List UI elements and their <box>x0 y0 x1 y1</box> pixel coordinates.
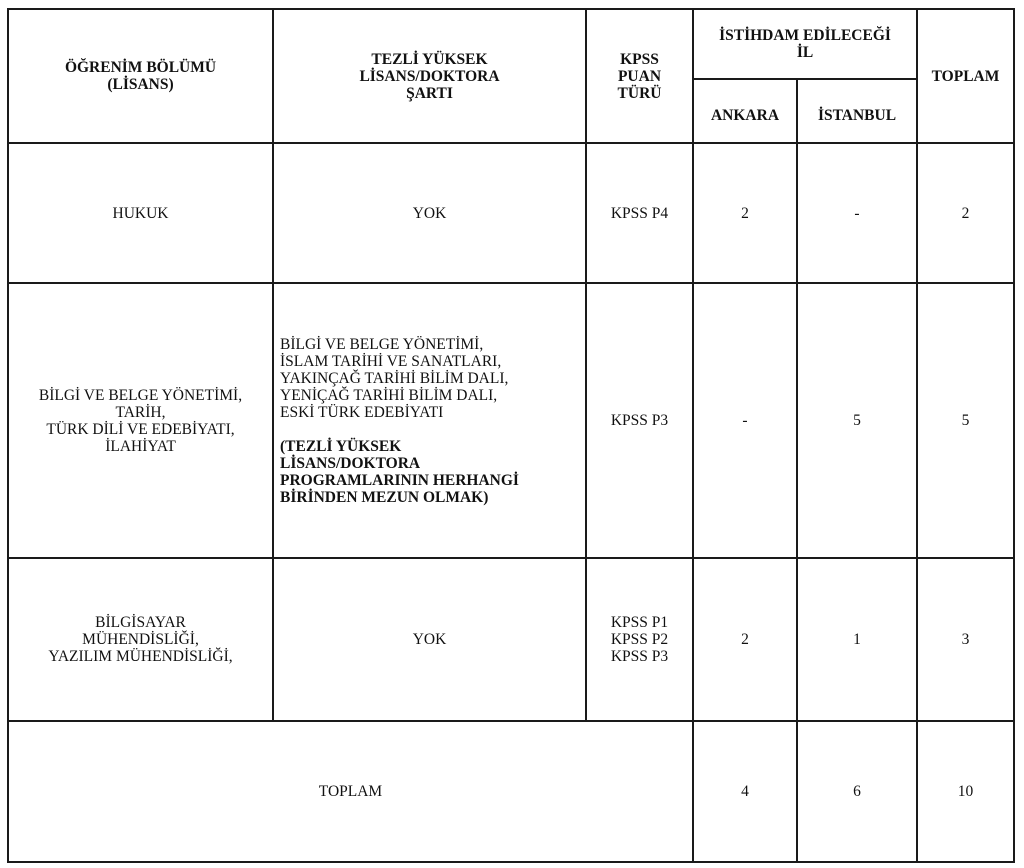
text-line: KPSS P3 <box>591 412 688 429</box>
text-line: BİLGİ VE BELGE YÖNETİMİ, <box>280 336 581 353</box>
text-line: PUAN <box>591 68 688 85</box>
cell-istanbul: - <box>797 143 917 283</box>
text-line: TÜRK DİLİ VE EDEBİYATI, <box>13 421 268 438</box>
text-line: KPSS <box>591 51 688 68</box>
text-line: İLAHİYAT <box>13 438 268 455</box>
header-department: ÖĞRENİM BÖLÜMÜ(LİSANS) <box>8 9 273 143</box>
text-line: LİSANS/DOKTORA <box>280 455 581 472</box>
cell-department: BİLGİSAYARMÜHENDİSLİĞİ,YAZILIM MÜHENDİSL… <box>8 558 273 721</box>
table-row: BİLGİSAYARMÜHENDİSLİĞİ,YAZILIM MÜHENDİSL… <box>8 558 1014 721</box>
table-row: BİLGİ VE BELGE YÖNETİMİ,TARİH,TÜRK DİLİ … <box>8 283 1014 558</box>
text-line: İL <box>698 44 912 61</box>
totals-label: TOPLAM <box>8 721 693 862</box>
totals-total: 10 <box>917 721 1014 862</box>
text-line: KPSS P1 <box>591 614 688 631</box>
text-line: MÜHENDİSLİĞİ, <box>13 631 268 648</box>
text-line: (TEZLİ YÜKSEK <box>280 438 581 455</box>
cell-kpss: KPSS P1KPSS P2KPSS P3 <box>586 558 693 721</box>
text-line: TEZLİ YÜKSEK <box>278 51 581 68</box>
cell-ankara: 2 <box>693 143 797 283</box>
text-line: İSLAM TARİHİ VE SANATLARI, <box>280 353 581 370</box>
text-line: BİLGİSAYAR <box>13 614 268 631</box>
cell-ankara: 2 <box>693 558 797 721</box>
cell-kpss: KPSS P3 <box>586 283 693 558</box>
cell-kpss: KPSS P4 <box>586 143 693 283</box>
text-line: BİLGİ VE BELGE YÖNETİMİ, <box>13 387 268 404</box>
header-total: TOPLAM <box>917 9 1014 143</box>
totals-ankara: 4 <box>693 721 797 862</box>
cell-department: HUKUK <box>8 143 273 283</box>
text-line: KPSS P3 <box>591 648 688 665</box>
text-line: ŞARTI <box>278 85 581 102</box>
requirement-note: (TEZLİ YÜKSEKLİSANS/DOKTORAPROGRAMLARINI… <box>280 438 581 506</box>
cell-total: 3 <box>917 558 1014 721</box>
text-line: YAZILIM MÜHENDİSLİĞİ, <box>13 648 268 665</box>
header-ankara: ANKARA <box>693 79 797 143</box>
cell-total: 5 <box>917 283 1014 558</box>
text-line: PROGRAMLARININ HERHANGİ <box>280 472 581 489</box>
totals-istanbul: 6 <box>797 721 917 862</box>
table-row: HUKUK YOK KPSS P4 2 - 2 <box>8 143 1014 283</box>
text-line: LİSANS/DOKTORA <box>278 68 581 85</box>
cell-istanbul: 1 <box>797 558 917 721</box>
text-line: KPSS P4 <box>591 205 688 222</box>
cell-requirement: BİLGİ VE BELGE YÖNETİMİ,İSLAM TARİHİ VE … <box>273 283 586 558</box>
cell-istanbul: 5 <box>797 283 917 558</box>
text-line: TÜRÜ <box>591 85 688 102</box>
text-line: ESKİ TÜRK EDEBİYATI <box>280 404 581 421</box>
cell-total: 2 <box>917 143 1014 283</box>
text-line: YOK <box>278 205 581 222</box>
text-line: TARİH, <box>13 404 268 421</box>
header-kpss-score-type: KPSSPUANTÜRÜ <box>586 9 693 143</box>
totals-row: TOPLAM 4 6 10 <box>8 721 1014 862</box>
text-line: YOK <box>278 631 581 648</box>
cell-requirement: YOK <box>273 558 586 721</box>
position-quota-table: ÖĞRENİM BÖLÜMÜ(LİSANS) TEZLİ YÜKSEKLİSAN… <box>7 8 1015 863</box>
text-line: (LİSANS) <box>13 76 268 93</box>
header-istanbul: İSTANBUL <box>797 79 917 143</box>
cell-requirement: YOK <box>273 143 586 283</box>
text-line: YAKINÇAĞ TARİHİ BİLİM DALI, <box>280 370 581 387</box>
cell-ankara: - <box>693 283 797 558</box>
text-line: HUKUK <box>13 205 268 222</box>
text-line: YENİÇAĞ TARİHİ BİLİM DALI, <box>280 387 581 404</box>
header-employment-city: İSTİHDAM EDİLECEĞİİL <box>693 9 917 79</box>
cell-department: BİLGİ VE BELGE YÖNETİMİ,TARİH,TÜRK DİLİ … <box>8 283 273 558</box>
text-line: ÖĞRENİM BÖLÜMÜ <box>13 59 268 76</box>
text-line: KPSS P2 <box>591 631 688 648</box>
text-line: İSTİHDAM EDİLECEĞİ <box>698 27 912 44</box>
requirement-program-list: BİLGİ VE BELGE YÖNETİMİ,İSLAM TARİHİ VE … <box>280 336 581 421</box>
header-requirement: TEZLİ YÜKSEKLİSANS/DOKTORAŞARTI <box>273 9 586 143</box>
text-line: BİRİNDEN MEZUN OLMAK) <box>280 489 581 506</box>
